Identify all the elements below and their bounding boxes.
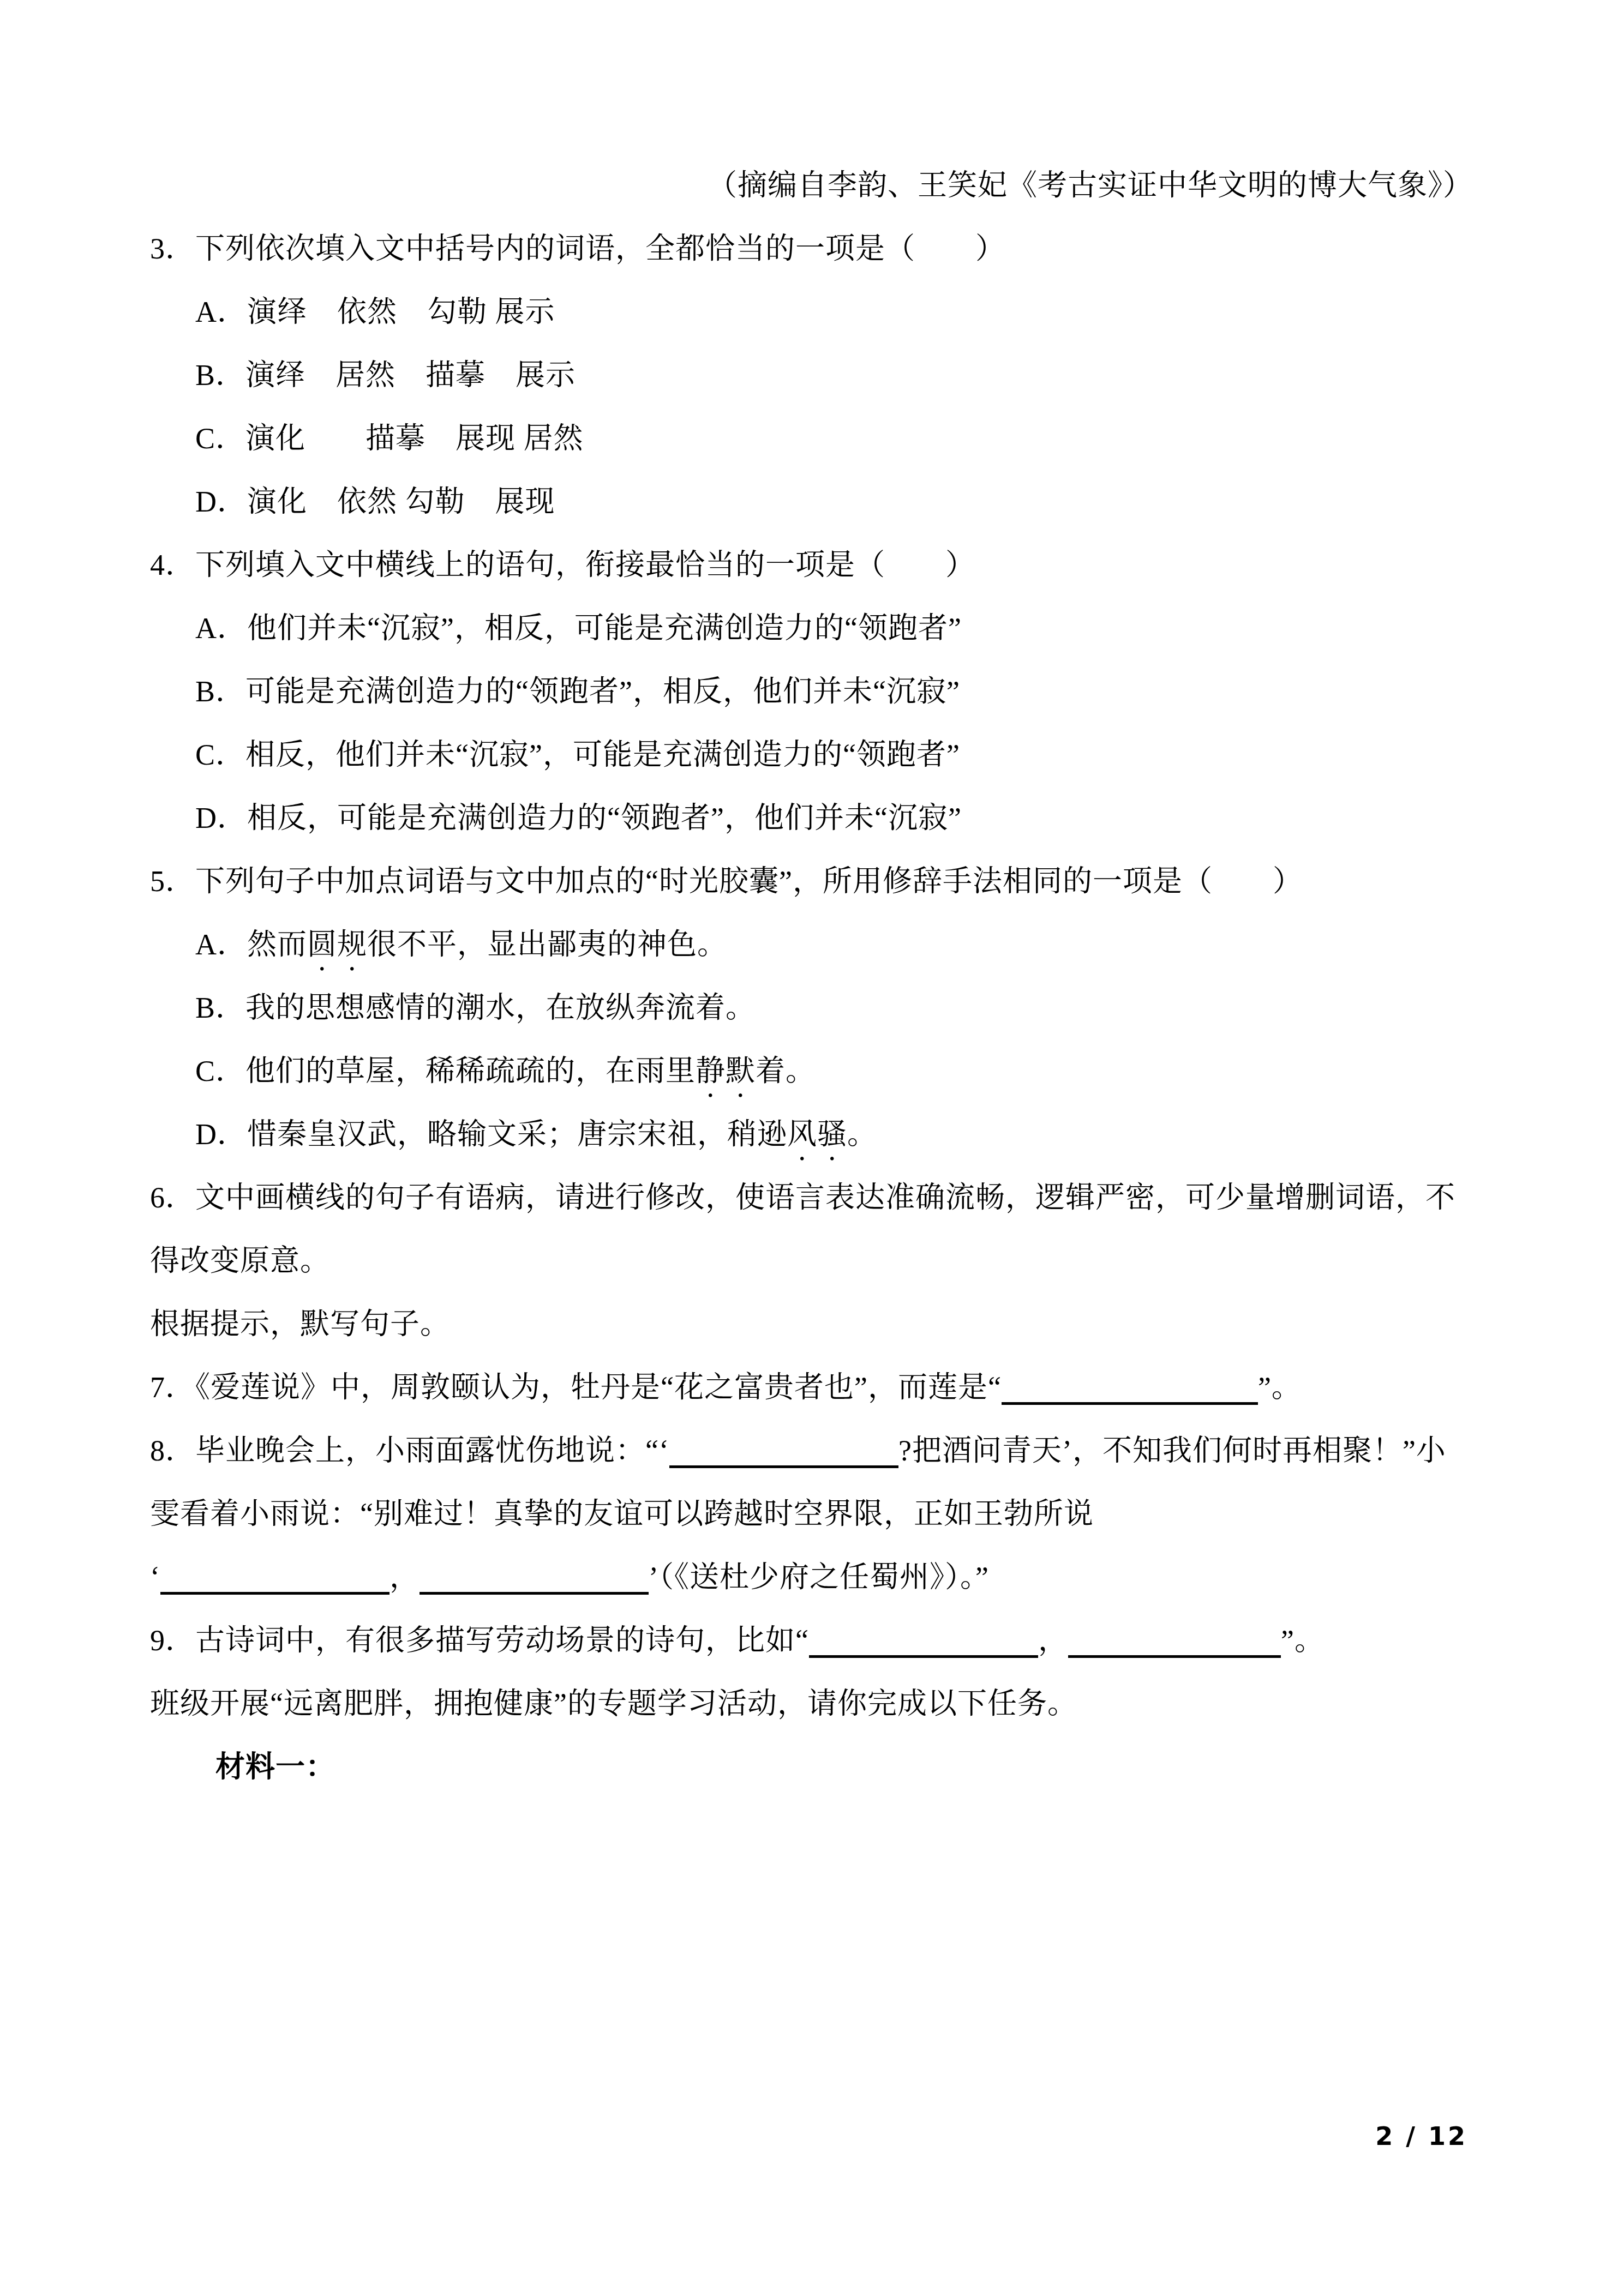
text-segment: 着。	[756, 1055, 816, 1087]
emphasized-text: 风骚	[787, 1118, 847, 1151]
material-1-heading: 材料一：	[150, 1735, 1473, 1799]
text-segment: C．演化 描摹 展现 居然	[195, 422, 584, 455]
q6-stem-line-1: 6．文中画横线的句子有语病，请进行修改，使语言表达准确流畅，逻辑严密，可少量增删…	[150, 1166, 1473, 1229]
answer-blank-underline	[809, 1633, 1038, 1658]
q3-option-c: C．演化 描摹 展现 居然	[150, 407, 1473, 470]
text-segment: C．他们的草屋，稀稀疏疏的，在雨里	[195, 1055, 696, 1087]
q4-option-d: D．相反，可能是充满创造力的“领跑者”，他们并未“沉寂”	[150, 786, 1473, 850]
text-segment: 8．毕业晚会上，小雨面露忧伤地说：“‘	[150, 1434, 669, 1467]
q4-option-b: B．可能是充满创造力的“领跑者”，相反，他们并未“沉寂”	[150, 660, 1473, 723]
q5-option-a: A．然而圆规很不平，显出鄙夷的神色。	[150, 913, 1473, 976]
q3-option-b: B．演绎 居然 描摹 展示	[150, 344, 1473, 407]
q4-stem: 4．下列填入文中横线上的语句，衔接最恰当的一项是（ ）	[150, 533, 1473, 597]
text-segment: （摘编自李韵、王笑妃《考古实证中华文明的博大气象》）	[708, 169, 1473, 202]
attribution: （摘编自李韵、王笑妃《考古实证中华文明的博大气象》）	[150, 154, 1473, 217]
text-segment: 5．下列句子中加点词语与文中加点的“时光胶囊”，所用修辞手法相同的一项是（ ）	[150, 865, 1303, 898]
answer-blank-underline	[160, 1570, 389, 1595]
q5-option-c: C．他们的草屋，稀稀疏疏的，在雨里静默着。	[150, 1039, 1473, 1103]
answer-blank-underline	[1068, 1633, 1281, 1658]
q6-stem-line-2: 得改变原意。	[150, 1229, 1473, 1293]
q9-stem: 9．古诗词中，有很多描写劳动场景的诗句，比如“，”。	[150, 1609, 1473, 1672]
text-segment: 得改变原意。	[150, 1245, 330, 1277]
dictation-intro: 根据提示，默写句子。	[150, 1293, 1473, 1356]
page-number: 2 / 12	[1375, 2121, 1467, 2151]
text-segment: 很不平，显出鄙夷的神色。	[367, 928, 727, 961]
q5-option-b: B．我的思想感情的潮水，在放纵奔流着。	[150, 976, 1473, 1039]
text-segment: 3．下列依次填入文中括号内的词语，全都恰当的一项是（ ）	[150, 232, 1005, 265]
text-segment: ”。	[1258, 1371, 1302, 1404]
text-segment: ，	[389, 1561, 420, 1594]
text-segment: 7．《爱莲说》中，周敦颐认为，牡丹是“花之富贵者也”，而莲是“	[150, 1371, 1002, 1404]
text-segment: 班级开展“远离肥胖，拥抱健康”的专题学习活动，请你完成以下任务。	[150, 1687, 1077, 1720]
text-segment: 雯看着小雨说：“别难过！真挚的友谊可以跨越时空界限，正如王勃所说	[150, 1498, 1094, 1530]
text-segment: B．我的思想感情的潮水，在放纵奔流着。	[195, 991, 756, 1024]
text-segment: 9．古诗词中，有很多描写劳动场景的诗句，比如“	[150, 1624, 809, 1657]
emphasized-text: 圆规	[307, 928, 367, 961]
q4-option-c: C．相反，他们并未“沉寂”，可能是充满创造力的“领跑者”	[150, 723, 1473, 786]
text-segment: 。	[847, 1118, 877, 1151]
text-segment: ‘	[150, 1561, 160, 1594]
text-segment: B．演绎 居然 描摹 展示	[195, 359, 576, 392]
q8-line-2: 雯看着小雨说：“别难过！真挚的友谊可以跨越时空界限，正如王勃所说	[150, 1482, 1473, 1546]
text-segment: A．然而	[195, 928, 307, 961]
q4-option-a: A．他们并未“沉寂”，相反，可能是充满创造力的“领跑者”	[150, 597, 1473, 660]
q3-option-d: D．演化 依然 勾勒 展现	[150, 470, 1473, 533]
text-segment: A．他们并未“沉寂”，相反，可能是充满创造力的“领跑者”	[195, 612, 962, 645]
answer-blank-underline	[1002, 1380, 1258, 1405]
q5-stem: 5．下列句子中加点词语与文中加点的“时光胶囊”，所用修辞手法相同的一项是（ ）	[150, 850, 1473, 913]
text-segment: ，	[1038, 1624, 1068, 1657]
text-segment: D．相反，可能是充满创造力的“领跑者”，他们并未“沉寂”	[195, 802, 962, 834]
text-segment: ”。	[1281, 1624, 1325, 1657]
text-segment: ’（《送杜少府之任蜀州》）。”	[649, 1561, 989, 1594]
q7-stem: 7．《爱莲说》中，周敦颐认为，牡丹是“花之富贵者也”，而莲是“”。	[150, 1356, 1473, 1419]
text-segment: B．可能是充满创造力的“领跑者”，相反，他们并未“沉寂”	[195, 675, 960, 708]
q3-option-a: A．演绎 依然 勾勒 展示	[150, 280, 1473, 344]
text-segment: D．演化 依然 勾勒 展现	[195, 485, 555, 518]
answer-blank-underline	[420, 1570, 649, 1595]
answer-blank-underline	[669, 1444, 898, 1468]
q8-line-1: 8．毕业晚会上，小雨面露忧伤地说：“‘?把酒问青天’，不知我们何时再相聚！”小	[150, 1419, 1473, 1482]
text-segment: D．惜秦皇汉武，略输文采；唐宗宋祖，稍逊	[195, 1118, 787, 1151]
text-segment: 4．下列填入文中横线上的语句，衔接最恰当的一项是（ ）	[150, 549, 975, 581]
text-segment: 材料一：	[215, 1751, 335, 1783]
content: （摘编自李韵、王笑妃《考古实证中华文明的博大气象》）3．下列依次填入文中括号内的…	[150, 154, 1473, 1799]
text-segment: 根据提示，默写句子。	[150, 1308, 450, 1341]
text-segment: ?把酒问青天’，不知我们何时再相聚！”小	[898, 1434, 1446, 1467]
q5-option-d: D．惜秦皇汉武，略输文采；唐宗宋祖，稍逊风骚。	[150, 1103, 1473, 1166]
text-segment: 6．文中画横线的句子有语病，请进行修改，使语言表达准确流畅，逻辑严密，可少量增删…	[150, 1181, 1455, 1214]
activity-intro: 班级开展“远离肥胖，拥抱健康”的专题学习活动，请你完成以下任务。	[150, 1672, 1473, 1735]
exam-paper-page: （摘编自李韵、王笑妃《考古实证中华文明的博大气象》）3．下列依次填入文中括号内的…	[0, 0, 1624, 2296]
emphasized-text: 静默	[696, 1055, 756, 1087]
text-segment: C．相反，他们并未“沉寂”，可能是充满创造力的“领跑者”	[195, 738, 960, 771]
text-segment: A．演绎 依然 勾勒 展示	[195, 296, 555, 328]
q8-line-3: ‘，’（《送杜少府之任蜀州》）。”	[150, 1546, 1473, 1609]
q3-stem: 3．下列依次填入文中括号内的词语，全都恰当的一项是（ ）	[150, 217, 1473, 280]
